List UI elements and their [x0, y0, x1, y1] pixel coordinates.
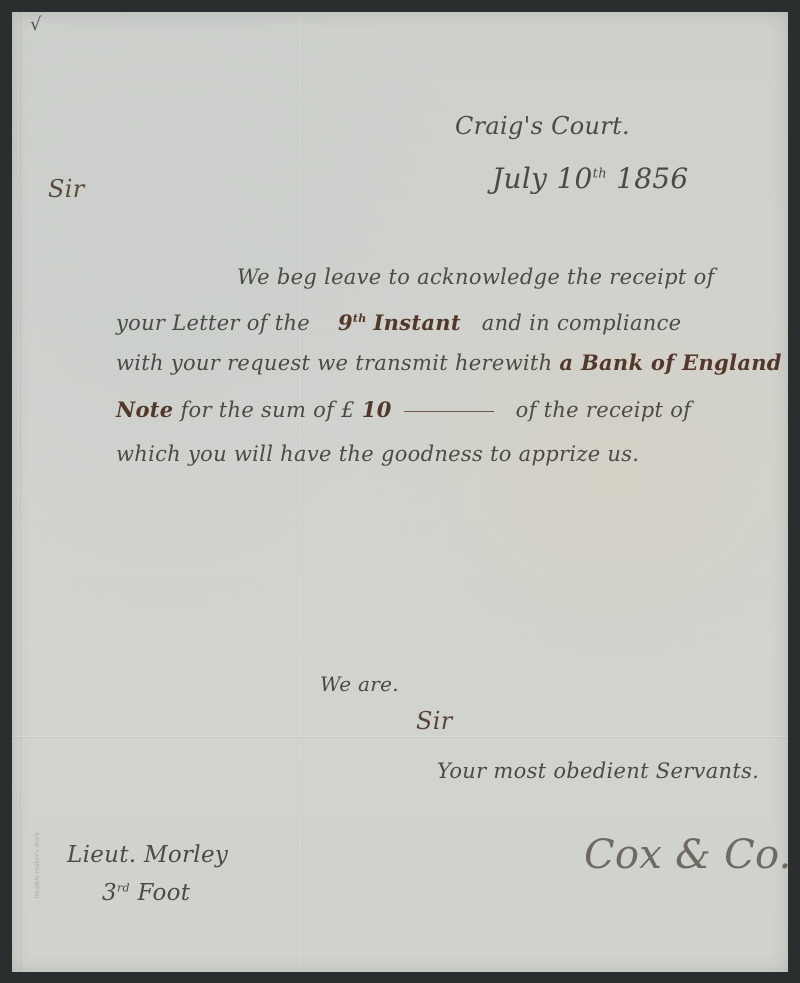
- body-line-5: which you will have the goodness to appr…: [116, 442, 639, 466]
- body-line-4: Note for the sum of £ 10of the receipt o…: [116, 397, 691, 422]
- body-line-2: your Letter of the 9th Instant and in co…: [116, 310, 681, 335]
- body-line-4-mid: for the sum of: [180, 398, 334, 422]
- regiment-number: 3: [102, 880, 117, 906]
- letter-day-suffix: th: [353, 312, 367, 325]
- closing-we-are: We are.: [320, 672, 399, 696]
- date-month: July: [492, 162, 547, 195]
- date-day: 10: [556, 162, 592, 195]
- regiment-suffix: rd: [117, 881, 130, 894]
- sender-address: Craig's Court.: [455, 112, 630, 140]
- letter-day-ref: 9: [338, 310, 353, 335]
- note-filled: Note: [116, 397, 173, 422]
- amount-filled: 10: [362, 397, 392, 422]
- signature: Cox & Co.: [584, 832, 792, 878]
- letter-date: July 10th 1856: [492, 162, 689, 195]
- amount-underline: [404, 411, 494, 412]
- left-edge-crease: [20, 12, 21, 972]
- letter-paper: √ Craig's Court. July 10th 1856 Sir We b…: [12, 12, 788, 972]
- currency-symbol: £: [341, 398, 355, 422]
- addressee-regiment: 3rd Foot: [102, 880, 190, 906]
- horizontal-fold-line: [12, 736, 788, 738]
- closing-servants: Your most obedient Servants.: [437, 759, 759, 783]
- body-line-3: with your request we transmit herewith a…: [116, 350, 782, 375]
- body-line-2-pre: your Letter of the: [116, 311, 310, 335]
- addressee-name: Lieut. Morley: [67, 842, 228, 868]
- body-line-4-post: of the receipt of: [516, 398, 692, 422]
- date-year: 1856: [616, 162, 688, 195]
- body-line-1: We beg leave to acknowledge the receipt …: [237, 265, 715, 289]
- paper-maker-stamp: illegible maker's mark: [34, 832, 41, 898]
- regiment-text: Foot: [137, 880, 190, 906]
- closing-sir: Sir: [416, 707, 453, 735]
- checkmark-icon: √: [30, 14, 42, 35]
- salutation: Sir: [48, 175, 85, 203]
- vertical-fold-line: [300, 12, 302, 972]
- date-day-suffix: th: [593, 167, 607, 182]
- body-line-3-pre: with your request we transmit herewith: [116, 351, 552, 375]
- body-line-2-post: and in compliance: [482, 311, 682, 335]
- instant-filled: Instant: [374, 310, 461, 335]
- bank-of-england-filled: a Bank of England: [559, 350, 781, 375]
